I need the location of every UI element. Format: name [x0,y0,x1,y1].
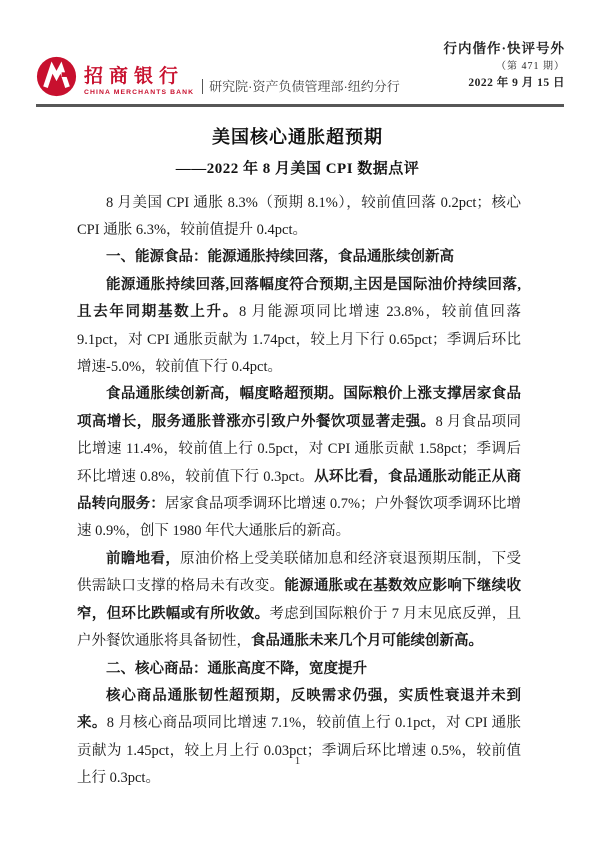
bank-name-en: CHINA MERCHANTS BANK [84,88,194,97]
issue-number: （第 471 期） [443,62,565,72]
page-number: 1 [0,755,595,767]
body-paragraph: 前瞻地看，原油价格上受美联储加息和经济衰退预期压制，下受供需缺口支撑的格局未有改… [77,546,521,656]
body-paragraph: 能源通胀持续回落,回落幅度符合预期,主因是国际油价持续回落,且去年同期基数上升。… [77,272,521,382]
cmb-logo-icon [36,56,77,97]
publication-name: 行内偕作·快评号外 [443,42,565,56]
bold-text-run: 前瞻地看， [106,551,180,567]
section-heading: 二、核心商品：通胀高度不降，宽度提升 [77,656,521,683]
body-paragraph: 8 月美国 CPI 通胀 8.3%（预期 8.1%），较前值回落 0.2pct；… [77,190,521,245]
bank-name-cn: 招商银行 [84,66,194,88]
department-label: 研究院·资产负债管理部·纽约分行 [202,79,400,94]
publication-info: 行内偕作·快评号外 （第 471 期） 2022 年 9 月 15 日 [443,42,565,89]
bold-text-run: 一、能源食品：能源通胀持续回落，食品通胀续创新高 [106,249,454,265]
text-run: 8 月美国 CPI 通胀 8.3%（预期 8.1%），较前值回落 0.2pct；… [77,195,521,238]
report-header: 招商银行 CHINA MERCHANTS BANK 研究院·资产负债管理部·纽约… [0,0,595,97]
body-paragraph: 核心商品通胀韧性超预期，反映需求仍强，实质性衰退并未到来。8 月核心商品项同比增… [77,683,521,793]
publication-date: 2022 年 9 月 15 日 [443,78,565,90]
bank-name-block: 招商银行 CHINA MERCHANTS BANK [84,66,194,97]
brand-lockup: 招商银行 CHINA MERCHANTS BANK 研究院·资产负债管理部·纽约… [36,56,400,97]
document-body: 8 月美国 CPI 通胀 8.3%（预期 8.1%），较前值回落 0.2pct；… [77,190,521,793]
text-run: 8 月核心商品项同比增速 7.1%，较前值上行 0.1pct，对 CPI 通胀贡… [77,715,521,786]
section-heading: 一、能源食品：能源通胀持续回落，食品通胀续创新高 [77,244,521,271]
bold-text-run: 食品通胀未来几个月可能续创新高。 [251,633,483,649]
page-subtitle: ——2022 年 8 月美国 CPI 数据点评 [0,157,595,178]
page-title: 美国核心通胀超预期 [0,123,595,149]
body-paragraph: 食品通胀续创新高，幅度略超预期。国际粮价上涨支撑居家食品项高增长，服务通胀普涨亦… [77,381,521,545]
bold-text-run: 二、核心商品：通胀高度不降，宽度提升 [106,661,367,677]
report-page: 招商银行 CHINA MERCHANTS BANK 研究院·资产负债管理部·纽约… [0,0,595,842]
header-divider [36,104,564,107]
